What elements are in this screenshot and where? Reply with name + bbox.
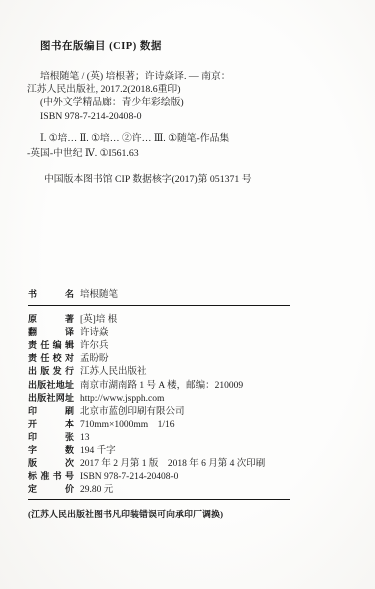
row-managing-editor: 责任编辑许尔兵 [28, 339, 290, 352]
field-value: 江苏人民出版社 [80, 367, 147, 377]
row-word-count: 字数194 千字 [28, 444, 290, 457]
row-edition: 版次2017 年 2 月第 1 版 2018 年 6 月第 4 次印刷 [28, 457, 290, 470]
copyright-page: 图书在版编目 (CIP) 数据 培根随笔 / (英) 培根著；许诗焱译. — 南… [0, 0, 375, 589]
cip-block: 图书在版编目 (CIP) 数据 培根随笔 / (英) 培根著；许诗焱译. — 南… [27, 38, 327, 185]
exchange-note: (江苏人民出版社图书凡印装错误可向承印厂调换) [28, 507, 290, 520]
row-price: 定价29.80 元 [28, 483, 290, 496]
field-label: 标准书号 [28, 470, 74, 482]
field-label: 书名 [28, 288, 74, 300]
cip-classification-line: Ⅰ. ①培… Ⅱ. ①培… ②许… Ⅲ. ①随笔-作品集 [27, 132, 327, 147]
field-value: 194 千字 [80, 446, 116, 456]
row-publisher: 出版发行江苏人民出版社 [28, 365, 290, 378]
field-label: 定价 [28, 483, 74, 495]
row-isbn: 标准书号ISBN 978-7-214-20408-0 [28, 470, 290, 483]
field-label: 出版发行 [28, 365, 74, 377]
field-value: 许诗焱 [80, 328, 109, 338]
field-label: 出版社地址 [28, 379, 74, 391]
row-format: 开本710mm×1000mm 1/16 [28, 418, 290, 431]
divider-top-rule [28, 305, 290, 306]
row-publisher-address: 出版社地址南京市湖南路 1 号 A 楼，邮编：210009 [28, 379, 290, 392]
cip-header: 图书在版编目 (CIP) 数据 [40, 38, 327, 53]
field-value: http://www.jspph.com [80, 394, 164, 404]
field-value: 2017 年 2 月第 1 版 2018 年 6 月第 4 次印刷 [80, 459, 265, 469]
field-label: 原著 [28, 313, 74, 325]
field-label: 责任校对 [28, 352, 74, 364]
row-translator: 翻译许诗焱 [28, 326, 290, 339]
divider-bottom-rule [28, 499, 290, 500]
field-label: 印张 [28, 431, 74, 443]
row-proofreader: 责任校对孟盼盼 [28, 352, 290, 365]
field-label: 责任编辑 [28, 339, 74, 351]
field-value: 北京市蓝创印刷有限公司 [80, 407, 185, 417]
cip-registration-number: 中国版本图书馆 CIP 数据核字(2017)第 051371 号 [44, 171, 327, 185]
field-label: 开本 [28, 418, 74, 430]
cip-classification-line: -英国-中世纪 Ⅳ. ①I561.63 [27, 147, 327, 162]
field-label: 印刷 [28, 405, 74, 417]
cip-record-line: ISBN 978-7-214-20408-0 [27, 110, 327, 123]
colophon-rows: 原著[英]培 根 翻译许诗焱 责任编辑许尔兵 责任校对孟盼盼 出版发行江苏人民出… [28, 313, 290, 496]
field-value: 南京市湖南路 1 号 A 楼，邮编：210009 [80, 381, 243, 391]
row-original-author: 原著[英]培 根 [28, 313, 290, 326]
colophon-table: 书名培根随笔 原著[英]培 根 翻译许诗焱 责任编辑许尔兵 责任校对孟盼盼 出版… [28, 288, 290, 520]
cip-record: 培根随笔 / (英) 培根著；许诗焱译. — 南京： 江苏人民出版社, 2017… [27, 70, 327, 123]
field-label: 翻译 [28, 326, 74, 338]
row-printer: 印刷北京市蓝创印刷有限公司 [28, 405, 290, 418]
row-printed-sheets: 印张13 [28, 431, 290, 444]
field-label: 字数 [28, 444, 74, 456]
field-value: 710mm×1000mm 1/16 [80, 420, 175, 430]
cip-classification: Ⅰ. ①培… Ⅱ. ①培… ②许… Ⅲ. ①随笔-作品集 -英国-中世纪 Ⅳ. … [27, 132, 327, 162]
cip-record-line: 培根随笔 / (英) 培根著；许诗焱译. — 南京： [27, 70, 327, 83]
field-value: 13 [80, 433, 90, 443]
field-label: 出版社网址 [28, 392, 74, 404]
field-value: 培根随笔 [80, 290, 118, 300]
cip-record-line: (中外文学精品廊：青少年彩绘版) [27, 96, 327, 109]
row-publisher-website: 出版社网址http://www.jspph.com [28, 392, 290, 405]
field-label: 版次 [28, 457, 74, 469]
row-book-title: 书名培根随笔 [28, 288, 290, 301]
field-value: [英]培 根 [80, 315, 117, 325]
cip-record-line: 江苏人民出版社, 2017.2(2018.6重印) [27, 83, 327, 96]
field-value: ISBN 978-7-214-20408-0 [80, 472, 178, 482]
field-value: 许尔兵 [80, 341, 109, 351]
field-value: 孟盼盼 [80, 354, 109, 364]
field-value: 29.80 元 [80, 485, 113, 495]
